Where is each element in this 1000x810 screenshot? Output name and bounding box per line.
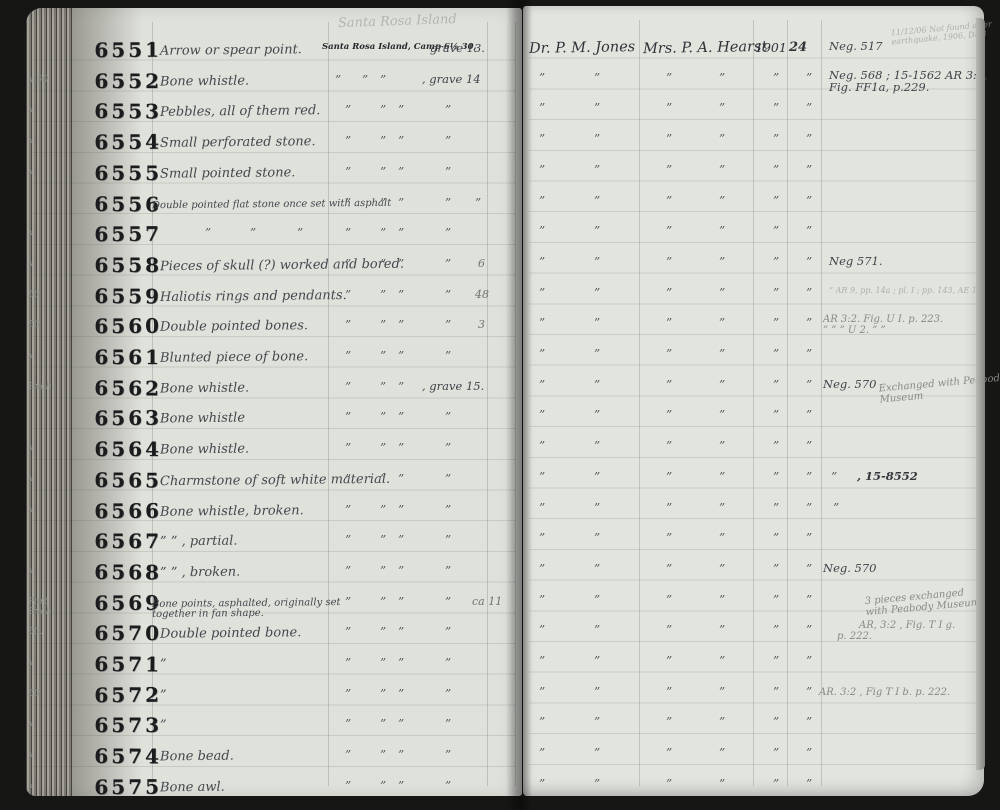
- ditto-mark: ”: [719, 654, 725, 668]
- ditto-mark: ”: [806, 101, 812, 115]
- ledger-row: ””””””: [523, 188, 984, 220]
- ledger-row: Dr. P. M. JonesMrs. P. A. Hearst190124Ne…: [523, 34, 984, 66]
- ditto-mark: ”: [719, 777, 725, 791]
- ditto-mark: ”: [666, 715, 672, 729]
- object-description: ” ” , partial.: [160, 534, 238, 550]
- ledger-row: 6556Double pointed flat stone once set w…: [26, 190, 522, 222]
- ditto-mark: ”: [250, 226, 256, 240]
- ditto-mark: ”: [445, 656, 451, 670]
- ink-note: grave 13.: [430, 42, 485, 54]
- pencil-note: AR 3:2. Fig. U I. p. 223.” ” ” U 2. ” ”: [823, 314, 943, 336]
- ditto-mark: ”: [539, 378, 545, 392]
- header-entry: 24: [789, 40, 807, 55]
- ditto-mark: ”: [666, 593, 672, 607]
- catalog-number: 6568: [66, 560, 162, 585]
- margin-pencil-note: x: [28, 105, 68, 115]
- ditto-mark: ”: [380, 779, 386, 793]
- ditto-mark: ”: [345, 134, 351, 148]
- ledger-row: ””””””: [523, 126, 984, 158]
- ditto-mark: ”: [806, 531, 812, 545]
- ditto-mark: ”: [806, 777, 812, 791]
- ditto-mark: ”: [445, 533, 451, 547]
- ditto-mark: ”: [719, 163, 725, 177]
- ditto-mark: ”: [345, 103, 351, 117]
- ditto-mark: ”: [594, 439, 600, 453]
- ditto-mark: ”: [445, 687, 451, 701]
- ditto-mark: ”: [594, 224, 600, 238]
- ditto-mark: ”: [445, 625, 451, 639]
- ditto-mark: ”: [666, 71, 672, 85]
- catalog-number: 6574: [66, 744, 162, 769]
- ditto-mark: ”: [806, 715, 812, 729]
- ditto-mark: ”: [398, 318, 404, 332]
- ditto-mark: ”: [345, 441, 351, 455]
- ditto-mark: ”: [806, 132, 812, 146]
- ditto-mark: ”: [398, 779, 404, 793]
- ditto-mark: ”: [398, 656, 404, 670]
- ledger-row: ””””””Neg. 568 ; 15-1562 AR 3:2,Fig. FF1…: [523, 65, 984, 97]
- catalog-number: 6569: [66, 590, 162, 615]
- ledger-row: ”””””””, 15-8552: [523, 464, 984, 496]
- margin-pencil-note: Exch.: [28, 382, 68, 392]
- ditto-mark: ”: [380, 564, 386, 578]
- ledger-row: 657050.Double pointed bone.””””: [26, 619, 522, 651]
- ditto-mark: ”: [345, 564, 351, 578]
- ditto-mark: ”: [666, 347, 672, 361]
- object-description: ”: [160, 657, 167, 672]
- ditto-mark: ”: [345, 196, 351, 210]
- ditto-mark: ”: [666, 378, 672, 392]
- ditto-mark: ”: [345, 687, 351, 701]
- ditto-mark: ”: [806, 654, 812, 668]
- ledger-row: 6574xBone bead.””””: [26, 742, 522, 774]
- ditto-mark: ”: [773, 439, 779, 453]
- margin-pencil-note: x: [28, 566, 68, 576]
- ditto-mark: ”: [539, 316, 545, 330]
- ditto-mark: ”: [398, 595, 404, 609]
- ink-note: , 15-8552: [857, 470, 918, 482]
- ditto-mark: ”: [445, 472, 451, 486]
- object-description: Double pointed bones.: [160, 319, 308, 336]
- ditto-mark: ”: [345, 533, 351, 547]
- ditto-mark: ”: [205, 226, 211, 240]
- ditto-mark: ”: [666, 470, 672, 484]
- ditto-mark: ”: [398, 103, 404, 117]
- ditto-mark: ”: [594, 194, 600, 208]
- ditto-mark: ”: [719, 746, 725, 760]
- object-description: Bone whistle: [160, 411, 245, 427]
- right-page-edge-stack: [976, 18, 985, 770]
- object-description: Bone whistle.: [160, 442, 249, 458]
- ditto-mark: ”: [773, 224, 779, 238]
- ditto-mark: ”: [345, 595, 351, 609]
- ditto-mark: ”: [773, 562, 779, 576]
- ditto-mark: ”: [475, 196, 481, 210]
- object-description: ” ” , broken.: [160, 564, 240, 580]
- item-count: ca 11: [472, 595, 502, 608]
- ditto-mark: ”: [445, 257, 451, 271]
- ledger-row: 6555xSmall pointed stone.””””: [26, 159, 522, 191]
- ledger-row: 6551Arrow or spear point.Santa Rosa Isla…: [26, 36, 522, 68]
- ditto-mark: ”: [773, 132, 779, 146]
- ledger-row: ””””””3 pieces exchangedwith Peabody Mus…: [523, 587, 984, 619]
- ledger-row: ””””””: [523, 341, 984, 373]
- ditto-mark: ”: [398, 625, 404, 639]
- ditto-mark: ”: [719, 378, 725, 392]
- ditto-mark: ”: [380, 288, 386, 302]
- ditto-mark: ”: [398, 748, 404, 762]
- margin-pencil-note: x: [28, 719, 68, 729]
- ledger-row: 6566xBone whistle, broken.””””: [26, 497, 522, 529]
- margin-pencil-note: x: [28, 259, 68, 269]
- ledger-row: ””””””AR 3:2. Fig. U I. p. 223.” ” ” U 2…: [523, 310, 984, 342]
- ditto-mark: ”: [539, 777, 545, 791]
- ditto-mark: ”: [398, 503, 404, 517]
- item-count: 6: [478, 257, 485, 270]
- margin-pencil-note: x: [28, 351, 68, 361]
- catalog-number: 6560: [66, 314, 162, 339]
- ditto-mark: ”: [539, 439, 545, 453]
- catalog-number: 6571: [66, 652, 162, 677]
- margin-pencil-note: x: [28, 167, 68, 177]
- ditto-mark: ”: [594, 286, 600, 300]
- object-description: Arrow or spear point.: [160, 42, 302, 58]
- ditto-mark: ”: [666, 224, 672, 238]
- ditto-mark: ”: [719, 501, 725, 515]
- ditto-mark: ”: [445, 410, 451, 424]
- ditto-mark: ”: [719, 562, 725, 576]
- ditto-mark: ”: [719, 408, 725, 422]
- ditto-mark: ”: [833, 501, 839, 515]
- ditto-mark: ”: [539, 286, 545, 300]
- object-description: Bone whistle, broken.: [160, 503, 304, 520]
- catalog-number: 6556: [66, 191, 162, 216]
- margin-pencil-note: 50: [28, 689, 68, 699]
- ink-note: , grave 15.: [422, 380, 484, 392]
- ditto-mark: ”: [380, 103, 386, 117]
- ditto-mark: ”: [773, 378, 779, 392]
- ditto-mark: ”: [594, 132, 600, 146]
- ditto-mark: ”: [831, 470, 837, 484]
- ditto-mark: ”: [380, 503, 386, 517]
- photograph-of-ledger: { "document": { "type": "museum-accessio…: [0, 0, 1000, 810]
- ditto-mark: ”: [445, 196, 451, 210]
- ditto-mark: ”: [773, 531, 779, 545]
- ditto-mark: ”: [666, 408, 672, 422]
- ledger-row: 657250”””””: [26, 681, 522, 713]
- ledger-row: 6561xBlunted piece of bone.””””: [26, 343, 522, 375]
- pencil-note: AR, 3:2 , Fig. T I g.: [859, 620, 955, 631]
- ditto-mark: ”: [594, 255, 600, 269]
- ditto-mark: ”: [594, 593, 600, 607]
- margin-pencil-note: 50: [28, 290, 68, 300]
- ditto-mark: ”: [380, 196, 386, 210]
- ditto-mark: ”: [719, 194, 725, 208]
- ditto-mark: ”: [445, 349, 451, 363]
- ditto-mark: ”: [594, 654, 600, 668]
- ditto-mark: ”: [345, 748, 351, 762]
- ditto-mark: ”: [380, 165, 386, 179]
- catalog-number: 6570: [66, 621, 162, 645]
- ditto-mark: ”: [445, 226, 451, 240]
- ditto-mark: ”: [806, 408, 812, 422]
- ledger-row: ””””””: [523, 771, 984, 803]
- ditto-mark: ”: [345, 717, 351, 731]
- ditto-mark: ”: [445, 318, 451, 332]
- ditto-mark: ”: [773, 71, 779, 85]
- ditto-mark: ”: [539, 501, 545, 515]
- ditto-mark: ”: [345, 226, 351, 240]
- ditto-mark: ”: [398, 196, 404, 210]
- ditto-mark: ”: [398, 717, 404, 731]
- ditto-mark: ”: [666, 777, 672, 791]
- ditto-mark: ”: [719, 715, 725, 729]
- object-description: Bone points, asphalted, originally setto…: [152, 597, 341, 620]
- ink-note: , grave 14: [422, 73, 481, 85]
- ditto-mark: ”: [345, 472, 351, 486]
- ledger-row: 6552x 50Bone whistle.”””, grave 14: [26, 67, 522, 99]
- catalog-number: 6575: [66, 774, 162, 799]
- ditto-mark: ”: [666, 255, 672, 269]
- margin-pencil-note: x: [28, 781, 68, 791]
- ditto-mark: ”: [380, 717, 386, 731]
- catalog-number: 6567: [66, 529, 162, 553]
- ledger-row: 6557x”””””””: [26, 220, 522, 252]
- ditto-mark: ”: [539, 531, 545, 545]
- ledger-row: ””””””: [523, 433, 984, 465]
- ditto-mark: ”: [806, 746, 812, 760]
- margin-pencil-note: PartExch.: [28, 597, 68, 617]
- ditto-mark: ”: [539, 715, 545, 729]
- catalog-number: 6564: [66, 437, 162, 461]
- ledger-row: ””””””Neg. 570: [523, 556, 984, 588]
- ditto-mark: ”: [719, 255, 725, 269]
- pencil-note: 3 pieces exchangedwith Peabody Museum.: [864, 585, 984, 617]
- ditto-mark: ”: [345, 165, 351, 179]
- ditto-mark: ”: [445, 441, 451, 455]
- ditto-mark: ”: [666, 194, 672, 208]
- ledger-row: ””””””Neg 571.: [523, 249, 984, 281]
- ditto-mark: ”: [398, 410, 404, 424]
- ditto-mark: ”: [719, 347, 725, 361]
- ledger-row: 6573x”””””: [26, 711, 522, 743]
- ditto-mark: ”: [666, 163, 672, 177]
- ditto-mark: ”: [806, 501, 812, 515]
- catalog-number: 6563: [66, 406, 162, 431]
- ditto-mark: ”: [398, 472, 404, 486]
- item-count: 48: [475, 288, 489, 301]
- ditto-mark: ”: [539, 347, 545, 361]
- ditto-mark: ”: [806, 593, 812, 607]
- ditto-mark: ”: [666, 654, 672, 668]
- object-description: Haliotis rings and pendants.: [160, 288, 347, 305]
- margin-pencil-note: x: [28, 443, 68, 453]
- margin-pencil-note: x: [28, 228, 68, 238]
- ditto-mark: ”: [398, 380, 404, 394]
- ditto-mark: ”: [445, 717, 451, 731]
- ditto-mark: ”: [594, 408, 600, 422]
- ditto-mark: ”: [719, 593, 725, 607]
- ditto-mark: ”: [445, 103, 451, 117]
- object-description: Bone whistle.: [160, 380, 249, 396]
- margin-pencil-note: x: [28, 505, 68, 515]
- ledger-row: ”””””””: [523, 495, 984, 527]
- ditto-mark: ”: [719, 316, 725, 330]
- ditto-mark: ”: [594, 685, 600, 699]
- ditto-mark: ”: [806, 163, 812, 177]
- margin-pencil-note: 50: [28, 320, 68, 330]
- ditto-mark: ”: [594, 71, 600, 85]
- ditto-mark: ”: [539, 746, 545, 760]
- ledger-row: ””””””AR. 3:2 , Fig T I b. p. 222.: [523, 679, 984, 711]
- ledger-row: ””””””: [523, 157, 984, 189]
- ditto-mark: ”: [398, 687, 404, 701]
- ditto-mark: ”: [666, 101, 672, 115]
- margin-pencil-note: x: [28, 750, 68, 760]
- margin-pencil-note: 50.: [28, 627, 68, 637]
- ledger-row: ””””””Neg. 570Exchanged with PeabodyMuse…: [523, 372, 984, 404]
- ditto-mark: ”: [539, 163, 545, 177]
- ditto-mark: ”: [806, 470, 812, 484]
- ledger-row: 655950Haliotis rings and pendants.””””48: [26, 282, 522, 314]
- ditto-mark: ”: [398, 288, 404, 302]
- ditto-mark: ”: [335, 73, 341, 87]
- ditto-mark: ”: [380, 533, 386, 547]
- ditto-mark: ”: [345, 257, 351, 271]
- catalog-number: 6552: [66, 69, 162, 93]
- object-description: Small perforated stone.: [160, 134, 316, 151]
- pencil-note: AR. 3:2 , Fig T I b. p. 222.: [819, 687, 950, 698]
- ditto-mark: ”: [445, 779, 451, 793]
- ditto-mark: ”: [362, 73, 368, 87]
- ditto-mark: ”: [806, 685, 812, 699]
- ditto-mark: ”: [539, 255, 545, 269]
- ledger-row: ””””””: [523, 95, 984, 127]
- header-entry: 1901: [755, 40, 787, 55]
- ledger-row: 6554xSmall perforated stone.””””: [26, 128, 522, 160]
- margin-pencil-note: x 50: [28, 75, 68, 85]
- ditto-mark: ”: [594, 163, 600, 177]
- ditto-mark: ”: [719, 71, 725, 85]
- ledger-row: 6562Exch.Bone whistle.”””, grave 15.: [26, 374, 522, 406]
- ditto-mark: ”: [773, 746, 779, 760]
- object-description: Bone whistle.: [160, 73, 249, 89]
- ledger-row: 6565xCharmstone of soft white material.”…: [26, 466, 522, 498]
- ditto-mark: ”: [719, 623, 725, 637]
- ditto-mark: ”: [806, 71, 812, 85]
- ditto-mark: ”: [380, 441, 386, 455]
- ditto-mark: ”: [445, 748, 451, 762]
- object-description: Pieces of skull (?) worked and bored.: [160, 257, 404, 275]
- ditto-mark: ”: [380, 134, 386, 148]
- ditto-mark: ”: [666, 501, 672, 515]
- ditto-mark: ”: [539, 101, 545, 115]
- ledger-row: 6568x” ” , broken.””””: [26, 558, 522, 590]
- object-description: Pebbles, all of them red.: [160, 104, 321, 121]
- ditto-mark: ”: [539, 562, 545, 576]
- ditto-mark: ”: [594, 777, 600, 791]
- ledger-row: ””””””: [523, 709, 984, 741]
- ditto-mark: ”: [345, 288, 351, 302]
- ditto-mark: ”: [773, 408, 779, 422]
- ditto-mark: ”: [806, 224, 812, 238]
- ditto-mark: ”: [380, 380, 386, 394]
- ledger-left-page: Santa Rosa Island 6551Arrow or spear poi…: [26, 8, 522, 796]
- ditto-mark: ”: [398, 564, 404, 578]
- ditto-mark: ”: [345, 779, 351, 793]
- ditto-mark: ”: [773, 316, 779, 330]
- object-description: Double pointed flat stone once set with …: [152, 197, 391, 211]
- ink-note: Neg 571.: [829, 255, 883, 267]
- ledger-row: 6558xPieces of skull (?) worked and bore…: [26, 251, 522, 283]
- ditto-mark: ”: [773, 286, 779, 300]
- ditto-mark: ”: [666, 132, 672, 146]
- ditto-mark: ”: [398, 441, 404, 455]
- ditto-mark: ”: [539, 194, 545, 208]
- ditto-mark: ”: [806, 316, 812, 330]
- ditto-mark: ”: [345, 380, 351, 394]
- catalog-number: 6554: [66, 130, 162, 155]
- ditto-mark: ”: [666, 316, 672, 330]
- margin-pencil-note: x: [28, 474, 68, 484]
- ledger-row: 6563Bone whistle””””: [26, 404, 522, 436]
- ditto-mark: ”: [380, 318, 386, 332]
- ditto-mark: ”: [773, 654, 779, 668]
- ditto-mark: ”: [806, 623, 812, 637]
- ink-note: Neg. 568 ; 15-1562 AR 3:2,Fig. FF1a, p.2…: [829, 69, 988, 93]
- ditto-mark: ”: [539, 71, 545, 85]
- ledger-row: ””””””AR, 3:2 , Fig. T I g.p. 222.: [523, 617, 984, 649]
- ditto-mark: ”: [380, 472, 386, 486]
- ditto-mark: ”: [773, 194, 779, 208]
- ledger-row: ””””””: [523, 648, 984, 680]
- ditto-mark: ”: [806, 439, 812, 453]
- pencil-note: p. 222.: [837, 631, 872, 642]
- margin-pencil-note: x: [28, 136, 68, 146]
- ditto-mark: ”: [594, 501, 600, 515]
- ditto-mark: ”: [773, 593, 779, 607]
- ditto-mark: ”: [594, 316, 600, 330]
- ditto-mark: ”: [806, 378, 812, 392]
- ditto-mark: ”: [773, 777, 779, 791]
- ditto-mark: ”: [719, 439, 725, 453]
- ditto-mark: ”: [594, 101, 600, 115]
- ditto-mark: ”: [539, 593, 545, 607]
- ditto-mark: ”: [398, 349, 404, 363]
- ditto-mark: ”: [666, 531, 672, 545]
- ditto-mark: ”: [806, 347, 812, 361]
- ditto-mark: ”: [773, 501, 779, 515]
- ditto-mark: ”: [539, 623, 545, 637]
- ditto-mark: ”: [380, 257, 386, 271]
- ditto-mark: ”: [773, 715, 779, 729]
- ditto-mark: ”: [594, 470, 600, 484]
- ditto-mark: ”: [806, 255, 812, 269]
- ditto-mark: ”: [773, 255, 779, 269]
- ditto-mark: ”: [594, 715, 600, 729]
- ditto-mark: ”: [398, 257, 404, 271]
- catalog-number: 6572: [66, 682, 162, 707]
- ledger-row: 6575xBone awl.””””: [26, 773, 522, 805]
- ditto-mark: ”: [380, 226, 386, 240]
- ditto-mark: ”: [539, 470, 545, 484]
- ditto-mark: ”: [773, 685, 779, 699]
- ledger-right-page: Dr. P. M. JonesMrs. P. A. Hearst190124Ne…: [523, 6, 984, 796]
- ledger-row: ””””””: [523, 525, 984, 557]
- ditto-mark: ”: [539, 224, 545, 238]
- ditto-mark: ”: [380, 73, 386, 87]
- ditto-mark: ”: [297, 226, 303, 240]
